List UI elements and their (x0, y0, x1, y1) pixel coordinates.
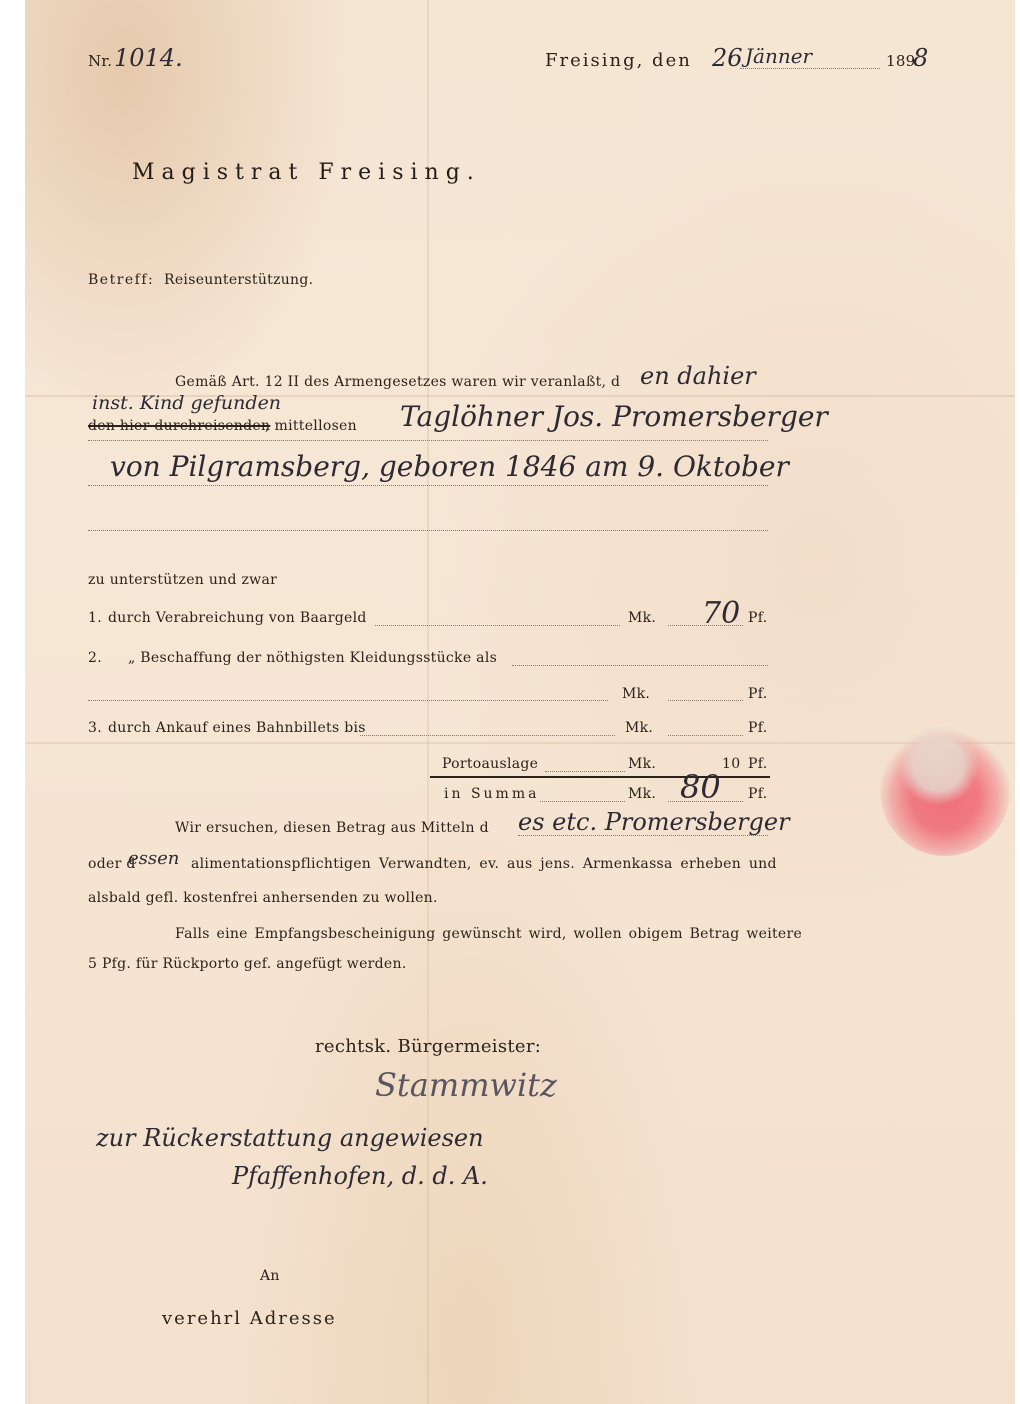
item-2-mk-label: Mk. (622, 686, 650, 702)
subject-value: Reiseunterstützung. (164, 272, 313, 288)
paper-fold-horizontal-lower (25, 742, 1015, 744)
item-2-dots-line1 (512, 665, 768, 666)
item-1-number: 1. (88, 610, 102, 626)
note-line1-handwritten: zur Rückerstattung angewiesen (96, 1124, 484, 1152)
body-line4-dotted-line (88, 530, 768, 531)
date-month: Jänner (745, 44, 812, 68)
body-line2-printed: , mittellosen (265, 418, 357, 434)
red-wax-seal (880, 726, 1010, 856)
page-title: Magistrat Freising. (132, 160, 481, 185)
signature-title: rechtsk. Bürgermeister: (315, 1036, 541, 1057)
request-line1-handwritten: es etc. Promersberger (518, 808, 790, 836)
request-line1-dots (518, 835, 768, 836)
body-line3-dotted-line (88, 485, 768, 486)
item-1-text: durch Verabreichung von Baargeld (108, 610, 367, 626)
address-to-label: An (260, 1268, 280, 1284)
paper-fold-vertical (427, 0, 429, 1404)
request-line2-printed: alimentationspflichtigen Verwandten, ev.… (191, 856, 777, 872)
item-3-pf-label: Pf. (748, 720, 767, 736)
item-2-pf-label: Pf. (748, 686, 767, 702)
support-intro: zu unterstützen und zwar (88, 572, 277, 588)
body-line2-struck: den hier durchreisenden (88, 418, 270, 434)
item-3-text: durch Ankauf eines Bahnbillets bis (108, 720, 366, 736)
document-number: 1014. (114, 44, 183, 72)
item-2-pf-dots (668, 700, 743, 701)
body-line1-printed: Gemäß Art. 12 II des Armengesetzes waren… (175, 374, 620, 390)
body-line2-dotted-line (88, 440, 768, 441)
recipient-name-handwritten: Taglöhner Jos. Promersberger (400, 400, 828, 433)
sum-mk-dots (540, 801, 625, 802)
porto-pf-value: 10 (722, 756, 740, 772)
date-dotted-line (740, 68, 880, 69)
subject-label: Betreff: (88, 272, 154, 288)
item-3-mk-label: Mk. (625, 720, 653, 736)
item-3-pf-dots (668, 735, 743, 736)
origin-birth-handwritten: von Pilgramsberg, geboren 1846 am 9. Okt… (110, 450, 789, 483)
body-line2-handwritten-above: inst. Kind gefunden (92, 392, 281, 414)
porto-mk-label: Mk. (628, 756, 656, 772)
item-3-mk-dots (360, 735, 615, 736)
request-line4-printed: Falls eine Empfangsbescheinigung gewünsc… (175, 926, 802, 942)
request-line2-handwritten: essen (128, 848, 179, 869)
address-recipient: verehrl Adresse (162, 1308, 337, 1329)
item-3-number: 3. (88, 720, 102, 736)
number-label: Nr. (88, 52, 112, 70)
porto-mk-dots (545, 771, 625, 772)
item-1-mk-label: Mk. (628, 610, 656, 626)
item-2-text: „ Beschaffung der nöthigsten Kleidungsst… (128, 650, 497, 666)
sum-pf-label: Pf. (748, 786, 767, 802)
item-2-number: 2. (88, 650, 102, 666)
request-line1-printed: Wir ersuchen, diesen Betrag aus Mitteln … (175, 820, 489, 836)
document-paper (25, 0, 1015, 1404)
year-printed: 189 (886, 52, 916, 70)
porto-label: Portoauslage (442, 756, 538, 772)
sum-pf-value: 80 (680, 768, 721, 806)
porto-pf-label: Pf. (748, 756, 767, 772)
item-1-pf-value: 70 (702, 596, 740, 631)
sum-label: in Summa (444, 786, 539, 802)
request-line3-printed: alsbald gefl. kostenfrei anhersenden zu … (88, 890, 438, 906)
note-line2-handwritten: Pfaffenhofen, d. d. A. (232, 1162, 488, 1190)
date-day: 26 (712, 44, 743, 72)
body-line1-handwritten: en dahier (640, 362, 756, 390)
sum-mk-label: Mk. (628, 786, 656, 802)
place-label: Freising, den (545, 50, 692, 71)
year-handwritten: 8 (913, 44, 928, 72)
request-line5-printed: 5 Pfg. für Rückporto gef. angefügt werde… (88, 956, 407, 972)
item-2-dots-line2 (88, 700, 608, 701)
item-1-pf-label: Pf. (748, 610, 767, 626)
mayor-signature: Stammwitz (375, 1066, 557, 1104)
item-1-mk-dots (375, 625, 620, 626)
